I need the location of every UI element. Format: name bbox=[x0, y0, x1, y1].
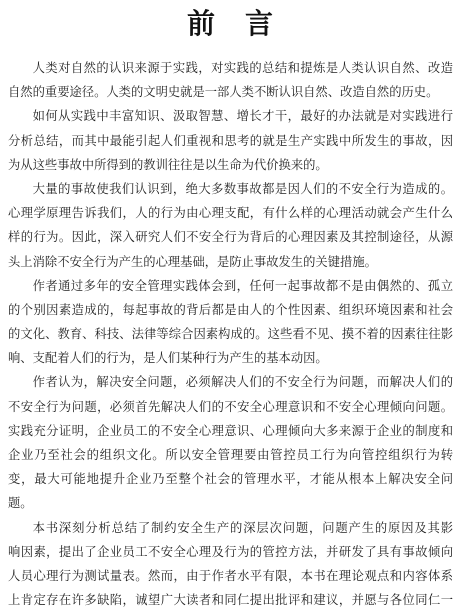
paragraph: 人类对自然的认识来源于实践，对实践的总结和提炼是人类认识自然、改造自然的重要途径… bbox=[8, 56, 453, 104]
text-line: 本书深刻分析总结了制约安全生产的深层次问题，问题产生的原因及其影 bbox=[8, 516, 453, 540]
paragraph: 如何从实践中丰富知识、汲取智慧、增长才干，最好的办法就是对实践进行分析总结，而其… bbox=[8, 104, 453, 177]
text-line: 人员心理行为测试量表。然而，由于作者水平有限，本书在理论观点和内容体系 bbox=[8, 564, 453, 588]
text-line: 不安全行为问题，必须首先解决人们的不安全心理意识和不安全心理倾向问题。 bbox=[8, 395, 453, 419]
text-line: 响因素，提出了企业员工不安全心理及行为的管控方法，并研发了具有事故倾向 bbox=[8, 540, 453, 564]
text-line: 上肯定存在许多缺陷，诚望广大读者和同仁提出批评和建议，并愿与各位同仁一 bbox=[8, 588, 453, 612]
text-line: 人类对自然的认识来源于实践，对实践的总结和提炼是人类认识自然、改造 bbox=[8, 56, 453, 80]
paragraph: 大量的事故使我们认识到，绝大多数事故都是因人们的不安全行为造成的。心理学原理告诉… bbox=[8, 177, 453, 274]
text-line: 题。 bbox=[8, 491, 453, 515]
text-line: 头上消除不安全行为产生的心理基础，是防止事故发生的关键措施。 bbox=[8, 250, 453, 274]
text-line: 心理学原理告诉我们，人的行为由心理支配，有什么样的心理活动就会产生什么 bbox=[8, 201, 453, 225]
text-line: 响、支配着人们的行为，是人们某种行为产生的基本动因。 bbox=[8, 346, 453, 370]
page-title: 前 言 bbox=[8, 8, 453, 42]
text-line: 实践充分证明，企业员工的不安全心理意识、心理倾向大多来源于企业的制度和 bbox=[8, 419, 453, 443]
text-line: 企业乃至社会的组织文化。所以安全管理要由管控员工行为向管控组织行为转 bbox=[8, 443, 453, 467]
text-line: 大量的事故使我们认识到，绝大多数事故都是因人们的不安全行为造成的。 bbox=[8, 177, 453, 201]
text-line: 如何从实践中丰富知识、汲取智慧、增长才干，最好的办法就是对实践进行 bbox=[8, 104, 453, 128]
paragraph: 本书深刻分析总结了制约安全生产的深层次问题，问题产生的原因及其影响因素，提出了企… bbox=[8, 516, 453, 613]
text-line: 的个别因素造成的，每起事故的背后都是由人的个性因素、组织环境因素和社会 bbox=[8, 298, 453, 322]
text-line: 的文化、教育、科技、法律等综合因素构成的。这些看不见、摸不着的因素往往影 bbox=[8, 322, 453, 346]
book-page: 前 言 人类对自然的认识来源于实践，对实践的总结和提炼是人类认识自然、改造自然的… bbox=[0, 0, 461, 613]
paragraph: 作者通过多年的安全管理实践体会到，任何一起事故都不是由偶然的、孤立的个别因素造成… bbox=[8, 274, 453, 371]
text-line: 为从这些事故中所得到的教训往往是以生命为代价换来的。 bbox=[8, 153, 453, 177]
text-line: 变，最大可能地提升企业乃至整个社会的管理水平，才能从根本上解决安全问 bbox=[8, 467, 453, 491]
text-line: 作者通过多年的安全管理实践体会到，任何一起事故都不是由偶然的、孤立 bbox=[8, 274, 453, 298]
text-line: 样的行为。因此，深入研究人们不安全行为背后的心理因素及其控制途径，从源 bbox=[8, 225, 453, 249]
text-line: 作者认为，解决安全问题，必须解决人们的不安全行为问题，而解决人们的 bbox=[8, 370, 453, 394]
text-line: 分析总结，而其中最能引起人们重视和思考的就是生产实践中所发生的事故，因 bbox=[8, 129, 453, 153]
text-line: 自然的重要途径。人类的文明史就是一部人类不断认识自然、改造自然的历史。 bbox=[8, 80, 453, 104]
paragraph: 作者认为，解决安全问题，必须解决人们的不安全行为问题，而解决人们的不安全行为问题… bbox=[8, 370, 453, 515]
preface-body: 人类对自然的认识来源于实践，对实践的总结和提炼是人类认识自然、改造自然的重要途径… bbox=[8, 56, 453, 612]
